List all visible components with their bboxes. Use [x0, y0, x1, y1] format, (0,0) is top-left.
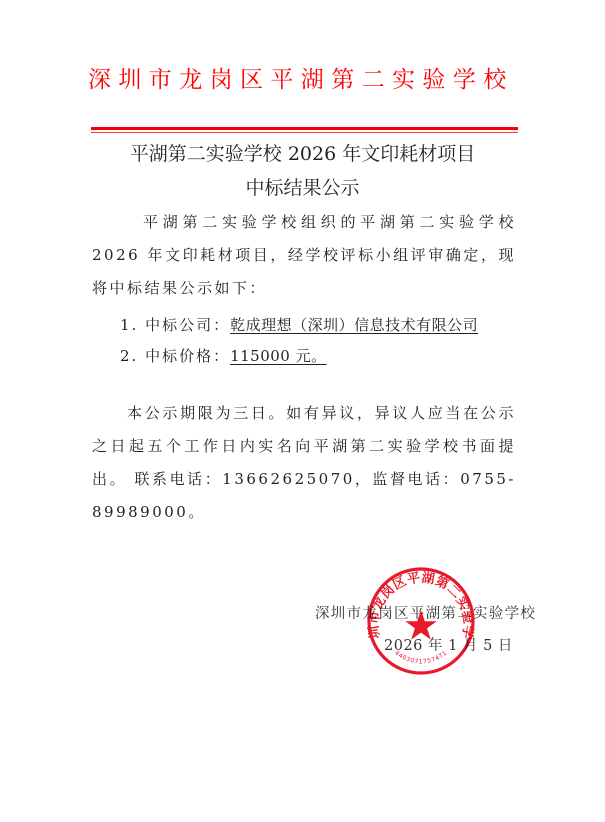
official-seal-stamp: 深圳市龙岗区平湖第二实验学校 4403071757471 [366, 566, 476, 676]
svg-text:4403071757471: 4403071757471 [393, 650, 448, 666]
intro-paragraph: 平湖第二实验学校组织的平湖第二实验学校 2026 年文印耗材项目，经学校评标小组… [92, 206, 516, 305]
document-subtitle: 中标结果公示 [0, 175, 605, 201]
winning-price-label: 2. 中标价格： [120, 347, 230, 365]
masthead-rule-thick [91, 127, 518, 130]
document-page: 深圳市龙岗区平湖第二实验学校 平湖第二实验学校 2026 年文印耗材项目 中标结… [0, 0, 605, 822]
winning-price-item: 2. 中标价格：115000 元。 [120, 344, 327, 368]
masthead-rule-thin [91, 132, 518, 133]
notice-paragraph: 本公示期限为三日。如有异议，异议人应当在公示之日起五个工作日内实名向平湖第二实验… [92, 397, 516, 529]
winning-company-label: 1. 中标公司： [120, 316, 230, 334]
winning-price-value: 115000 元。 [230, 347, 327, 365]
masthead-title: 深圳市龙岗区平湖第二实验学校 [88, 63, 522, 97]
winning-company-value: 乾成理想（深圳）信息技术有限公司 [230, 316, 478, 334]
document-title: 平湖第二实验学校 2026 年文印耗材项目 [0, 141, 605, 167]
star-icon [405, 610, 436, 640]
seal-code-text: 4403071757471 [393, 650, 448, 666]
winning-company-item: 1. 中标公司：乾成理想（深圳）信息技术有限公司 [120, 313, 478, 337]
